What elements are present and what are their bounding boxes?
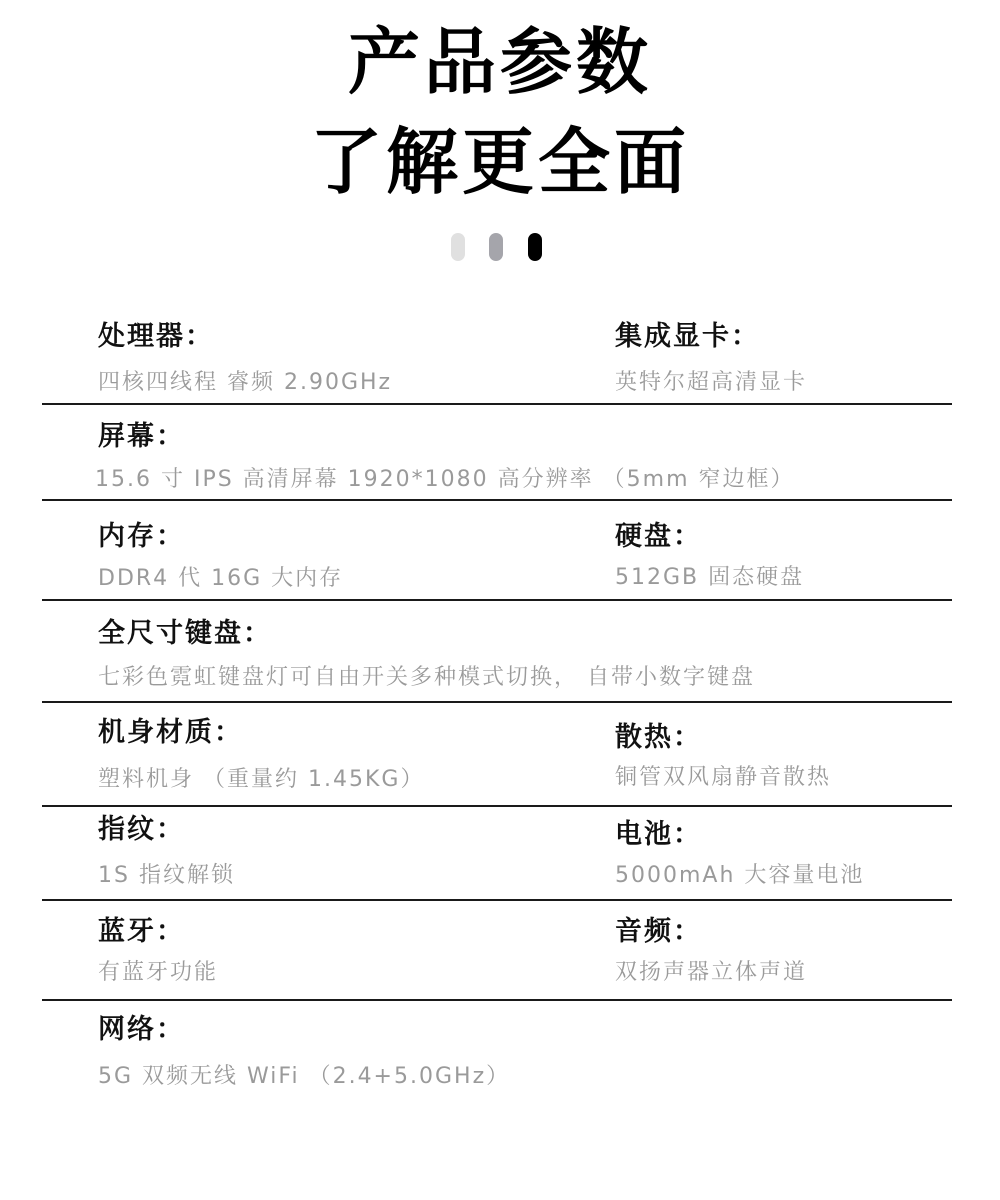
spec-value: 七彩色霓虹键盘灯可自由开关多种模式切换， 自带小数字键盘: [98, 667, 755, 689]
spec-label: 机身材质：: [98, 719, 243, 746]
pager-indicator: [0, 233, 1000, 261]
spec-label: 全尺寸键盘：: [98, 620, 272, 647]
spec-label: 内存：: [98, 523, 185, 550]
spec-label: 硬盘：: [615, 523, 702, 550]
divider: [42, 403, 952, 405]
divider: [42, 805, 952, 807]
page-title: 产品参数: [0, 26, 1000, 98]
spec-value: 5000mAh 大容量电池: [615, 865, 864, 887]
spec-label: 电池：: [615, 821, 702, 848]
spec-label: 音频：: [615, 918, 702, 945]
spec-value: 铜管双风扇静音散热: [615, 767, 831, 789]
spec-value: 四核四线程 睿频 2.90GHz: [98, 372, 392, 394]
spec-label: 蓝牙：: [98, 918, 185, 945]
pager-dot-2[interactable]: [489, 233, 503, 261]
divider: [42, 999, 952, 1001]
divider: [42, 701, 952, 703]
spec-value: 5G 双频无线 WiFi （2.4+5.0GHz）: [98, 1066, 510, 1088]
spec-value: 双扬声器立体声道: [615, 962, 807, 984]
pager-dot-3-active[interactable]: [528, 233, 542, 261]
spec-label: 指纹：: [98, 816, 185, 843]
spec-value: 1S 指纹解锁: [98, 865, 235, 887]
page-subtitle: 了解更全面: [0, 126, 1000, 198]
spec-label: 屏幕：: [98, 423, 185, 450]
spec-value: 塑料机身 （重量约 1.45KG）: [98, 769, 424, 791]
spec-value: 英特尔超高清显卡: [615, 372, 807, 394]
divider: [42, 899, 952, 901]
spec-value: DDR4 代 16G 大内存: [98, 568, 343, 590]
spec-label: 网络：: [98, 1016, 185, 1043]
spec-label: 散热：: [615, 724, 702, 751]
spec-value: 512GB 固态硬盘: [615, 567, 804, 589]
divider: [42, 499, 952, 501]
spec-value: 有蓝牙功能: [98, 962, 218, 984]
spec-label: 处理器：: [98, 323, 214, 350]
spec-label: 集成显卡：: [615, 323, 760, 350]
divider: [42, 599, 952, 601]
pager-dot-1[interactable]: [451, 233, 465, 261]
spec-value: 15.6 寸 IPS 高清屏幕 1920*1080 高分辨率 （5mm 窄边框）: [95, 469, 795, 491]
